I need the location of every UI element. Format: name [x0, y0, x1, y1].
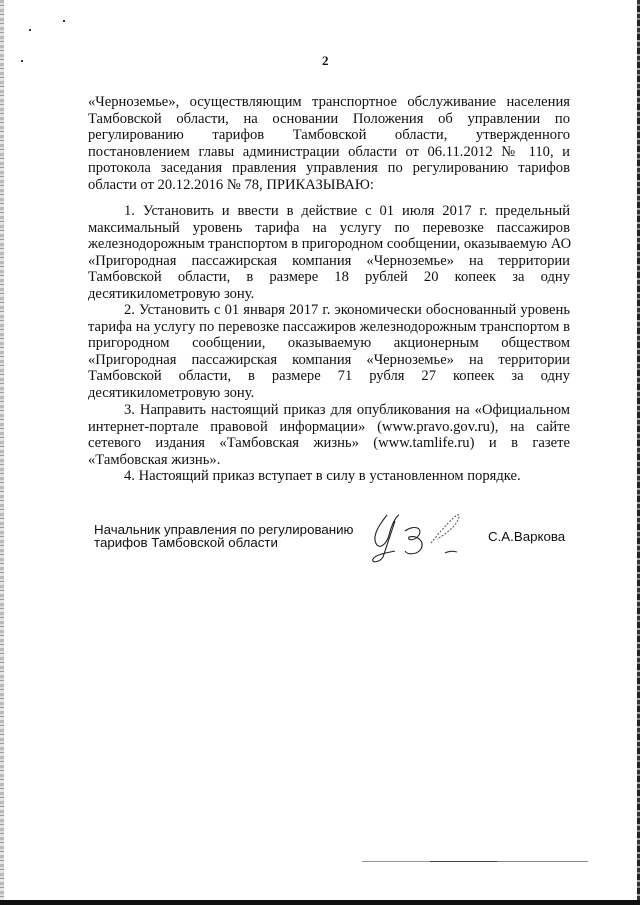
text-line: сетевого издания «Тамбовская жизнь» (www… — [88, 435, 570, 452]
text-line: Тамбовской области, в размере 18 рублей … — [88, 269, 570, 286]
text-line: протокола заседания правления управления… — [88, 160, 570, 177]
page-number: 2 — [322, 53, 329, 69]
scan-bottom-edge — [0, 900, 640, 905]
scan-left-edge — [0, 0, 4, 905]
text-line: «Пригородная пассажирская компания «Черн… — [88, 253, 570, 270]
scan-speck — [63, 20, 65, 22]
text-line: 1. Установить и ввести в действие с 01 и… — [88, 203, 570, 220]
text-line: максимальный уровень тарифа на услугу по… — [88, 220, 570, 237]
text-line: Тамбовской области, на основании Положен… — [88, 111, 570, 128]
text-line: «Пригородная пассажирская компания «Черн… — [88, 352, 570, 369]
text-line: интернет-портале правовой информации» (w… — [88, 419, 570, 436]
text-line: 4. Настоящий приказ вступает в силу в ус… — [88, 468, 570, 485]
intro-paragraph: «Черноземье», осуществляющим транспортно… — [88, 94, 570, 194]
signatory-name: С.А.Варкова — [488, 529, 565, 544]
text-line: постановлением главы администрации облас… — [88, 144, 570, 161]
scan-speck — [21, 60, 23, 62]
item-2-paragraph: 2. Установить с 01 января 2017 г. эконом… — [88, 302, 570, 402]
signatory-position: Начальник управления по регулированию та… — [94, 523, 354, 549]
position-line: тарифов Тамбовской области — [94, 536, 354, 549]
text-line: «Черноземье», осуществляющим транспортно… — [88, 94, 570, 111]
scan-speck — [29, 29, 31, 31]
footer-rule — [362, 861, 588, 862]
text-line: 2. Установить с 01 января 2017 г. эконом… — [88, 302, 570, 319]
text-line: десятикилометровую зону. — [88, 286, 570, 303]
item-3-paragraph: 3. Направить настоящий приказ для опубли… — [88, 402, 570, 468]
text-line: тарифа на услугу по перевозке пассажиров… — [88, 319, 570, 336]
text-line: железнодорожным транспортом в пригородно… — [88, 236, 570, 253]
text-line: Тамбовской области, в размере 71 рубля 2… — [88, 368, 570, 385]
text-line: регулированию тарифов Тамбовской области… — [88, 127, 570, 144]
item-4-paragraph: 4. Настоящий приказ вступает в силу в ус… — [88, 468, 570, 485]
handwritten-signature-icon — [365, 507, 475, 567]
text-line: десятикилометровую зону. — [88, 385, 570, 402]
text-line: «Тамбовская жизнь». — [88, 452, 570, 469]
text-line: пригородном сообщении, оказываемую акцио… — [88, 335, 570, 352]
text-line: области от 20.12.2016 № 78, ПРИКАЗЫВАЮ: — [88, 177, 570, 194]
item-1-paragraph: 1. Установить и ввести в действие с 01 и… — [88, 203, 570, 303]
text-line: 3. Направить настоящий приказ для опубли… — [88, 402, 570, 419]
